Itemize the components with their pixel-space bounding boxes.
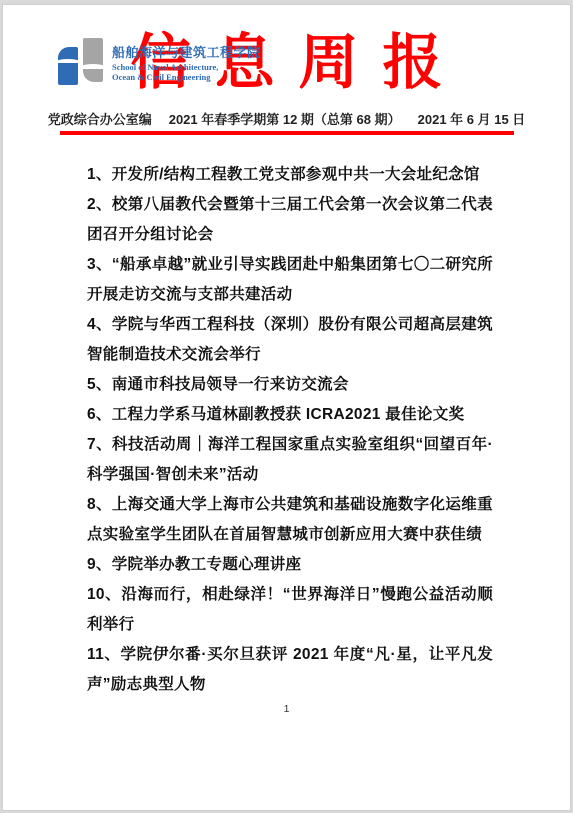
toc-item: 3、“船承卓越”就业引导实践团赴中船集团第七〇二研究所开展走访交流与支部共建活动 — [87, 250, 493, 310]
school-name-en: School of Naval Architecture, Ocean & Ci… — [112, 63, 261, 82]
school-logo: 船舶海洋与建筑工程学院 School of Naval Architecture… — [58, 38, 261, 85]
masthead-editor: 党政综合办公室编 — [48, 109, 152, 128]
red-divider — [60, 131, 514, 135]
school-logo-icon — [58, 38, 104, 85]
logo-blue-block — [58, 63, 78, 85]
logo-gray-cap — [83, 69, 103, 82]
toc-item: 8、上海交通大学上海市公共建筑和基础设施数字化运维重点实验室学生团队在首届智慧城… — [87, 490, 493, 550]
toc-item: 4、学院与华西工程科技（深圳）股份有限公司超高层建筑智能制造技术交流会举行 — [87, 310, 493, 370]
toc-item: 7、科技活动周｜海洋工程国家重点实验室组织“回望百年·科学强国·智创未来”活动 — [87, 430, 493, 490]
school-name: 船舶海洋与建筑工程学院 School of Naval Architecture… — [112, 38, 261, 82]
toc-item: 11、学院伊尔番·买尔旦获评 2021 年度“凡·星，让平凡发声”励志典型人物 — [87, 640, 493, 700]
logo-gray-block — [83, 38, 103, 66]
page-number: 1 — [3, 703, 570, 715]
toc-item: 6、工程力学系马道林副教授获 ICRA2021 最佳论文奖 — [87, 400, 493, 430]
toc-item: 9、学院举办教工专题心理讲座 — [87, 550, 493, 580]
masthead-issue: 2021 年春季学期第 12 期（总第 68 期） — [169, 109, 401, 128]
toc-item: 5、南通市科技局领导一行来访交流会 — [87, 370, 493, 400]
masthead-date: 2021 年 6 月 15 日 — [418, 109, 526, 128]
toc-list: 1、开发所/结构工程教工党支部参观中共一大会址纪念馆2、校第八届教代会暨第十三届… — [87, 160, 493, 700]
toc-item: 1、开发所/结构工程教工党支部参观中共一大会址纪念馆 — [87, 160, 493, 190]
toc-item: 2、校第八届教代会暨第十三届工代会第一次会议第二代表团召开分组讨论会 — [87, 190, 493, 250]
toc-item: 10、沿海而行，相赴绿洋！“世界海洋日”慢跑公益活动顺利举行 — [87, 580, 493, 640]
document-page: 船舶海洋与建筑工程学院 School of Naval Architecture… — [2, 4, 571, 811]
school-name-cn: 船舶海洋与建筑工程学院 — [112, 45, 261, 60]
masthead-info: 党政综合办公室编 2021 年春季学期第 12 期（总第 68 期） 2021 … — [3, 109, 570, 128]
